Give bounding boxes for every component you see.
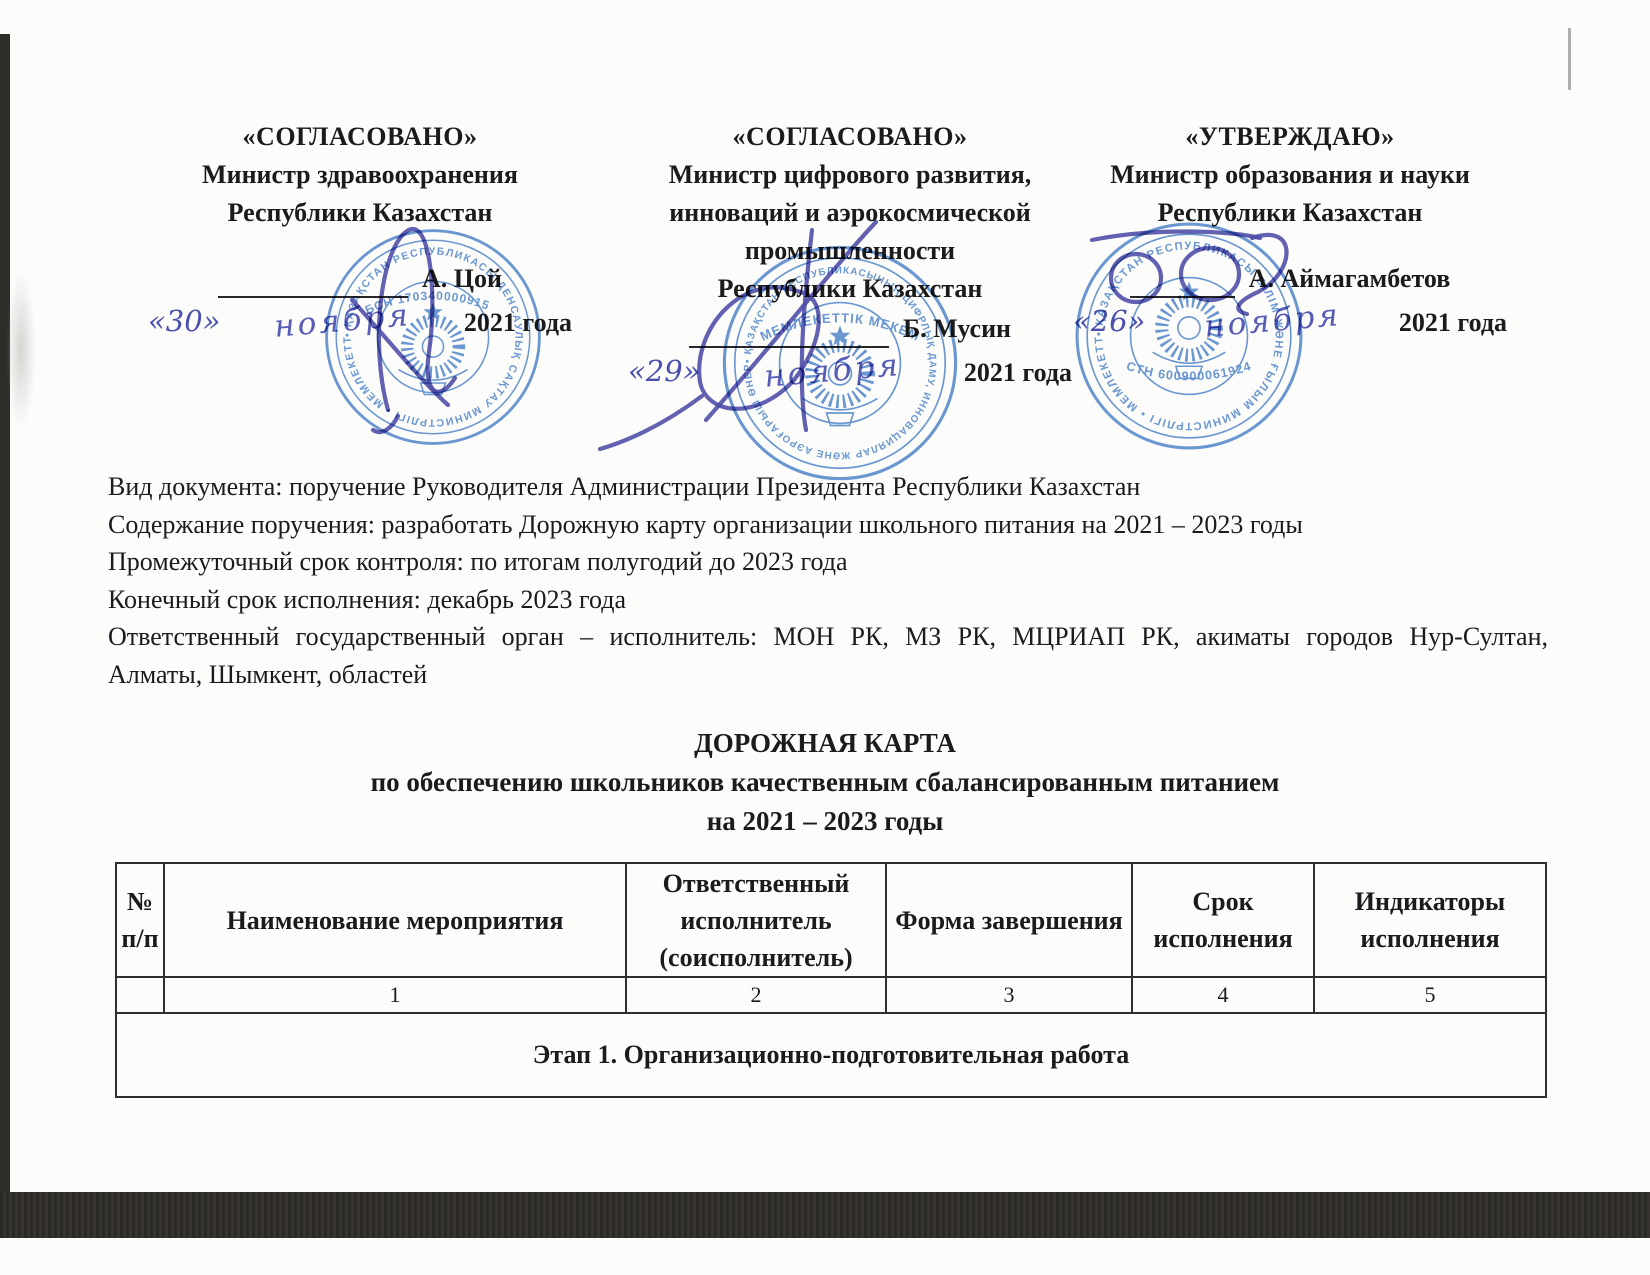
signer-name: Б. Мусин: [903, 310, 1011, 348]
ministry-line: Республики Казахстан: [620, 270, 1080, 308]
scan-edge-bottom: [0, 1192, 1650, 1238]
ministry-line: промышленности: [620, 232, 1080, 270]
handwritten-day: «30»: [148, 302, 220, 340]
date-year: 2021 года: [1399, 304, 1507, 342]
signer-name: А. Цой: [422, 260, 502, 298]
signature-line: [1130, 266, 1235, 298]
column-number-cell: 4: [1133, 978, 1315, 1014]
stage-row: Этап 1. Организационно-подготовительная …: [117, 1014, 1545, 1096]
roadmap-table: № п/п Наименование мероприятия Ответстве…: [115, 862, 1547, 1098]
signature-line: [218, 266, 408, 298]
signature-row: А. Цой: [140, 262, 580, 298]
date-year: 2021 года: [964, 354, 1072, 392]
col-header-completion-form: Форма завершения: [887, 864, 1133, 978]
detail-line: Ответственный государственный орган – ис…: [108, 618, 1548, 656]
title-line-2: по обеспечению школьников качественным с…: [110, 763, 1540, 802]
column-number-cell: 3: [887, 978, 1133, 1014]
col-header-deadline: Срок исполнения: [1133, 864, 1315, 978]
handwritten-month: ноября: [762, 346, 902, 396]
ministry-line: Министр цифрового развития,: [620, 156, 1080, 194]
detail-line: Промежуточный срок контроля: по итогам п…: [108, 543, 1548, 581]
ministry-line: инноваций и аэрокосмической: [620, 194, 1080, 232]
date-row: «30» ноября 2021 года: [140, 302, 580, 346]
date-row: «29» ноября 2021 года: [620, 352, 1080, 396]
scan-edge-left: [0, 34, 10, 1194]
approval-block-digital: «СОГЛАСОВАНО» Министр цифрового развития…: [620, 118, 1080, 396]
handwritten-day: «29»: [628, 352, 700, 390]
detail-line: Алматы, Шымкент, областей: [108, 656, 1548, 694]
title-line-1: ДОРОЖНАЯ КАРТА: [110, 724, 1540, 763]
signature-line: [689, 316, 889, 348]
approval-label: «УТВЕРЖДАЮ»: [1065, 118, 1515, 156]
column-number-cell: 2: [627, 978, 887, 1014]
col-header-executor: Ответственный исполнитель (соисполнитель…: [627, 864, 887, 978]
col-header-activity: Наименование мероприятия: [165, 864, 627, 978]
signature-row: Б. Мусин: [620, 312, 1080, 348]
column-number-cell: 1: [165, 978, 627, 1014]
column-number-cell: [117, 978, 165, 1014]
svg-text:СТН 600900061924: СТН 600900061924: [1125, 359, 1254, 384]
handwritten-day: «26»: [1073, 302, 1145, 340]
approval-label: «СОГЛАСОВАНО»: [140, 118, 580, 156]
date-year: 2021 года: [464, 304, 572, 342]
roadmap-title: ДОРОЖНАЯ КАРТА по обеспечению школьников…: [110, 724, 1540, 841]
signature-row: А. Аймагамбетов: [1065, 262, 1515, 298]
handwritten-month: ноября: [272, 296, 412, 346]
approval-label: «СОГЛАСОВАНО»: [620, 118, 1080, 156]
ministry-line: Республики Казахстан: [140, 194, 580, 232]
signer-name: А. Аймагамбетов: [1249, 260, 1451, 298]
scanned-document-page: «СОГЛАСОВАНО» Министр здравоохранения Ре…: [0, 0, 1650, 1275]
handwritten-month: ноября: [1202, 296, 1342, 346]
scan-artifact-line: [1568, 28, 1571, 90]
column-number-cell: 5: [1315, 978, 1545, 1014]
approval-block-education: «УТВЕРЖДАЮ» Министр образования и науки …: [1065, 118, 1515, 346]
ministry-line: Республики Казахстан: [1065, 194, 1515, 232]
approval-block-health: «СОГЛАСОВАНО» Министр здравоохранения Ре…: [140, 118, 580, 346]
document-details: Вид документа: поручение Руководителя Ад…: [108, 468, 1548, 693]
detail-line: Вид документа: поручение Руководителя Ад…: [108, 468, 1548, 506]
col-header-number: № п/п: [117, 864, 165, 978]
title-line-3: на 2021 – 2023 годы: [110, 802, 1540, 841]
date-row: «26» ноября 2021 года: [1065, 302, 1515, 346]
col-header-indicators: Индикаторы исполнения: [1315, 864, 1545, 978]
detail-line: Содержание поручения: разработать Дорожн…: [108, 506, 1548, 544]
scan-smudge: [6, 270, 36, 430]
ministry-line: Министр образования и науки: [1065, 156, 1515, 194]
ministry-line: Министр здравоохранения: [140, 156, 580, 194]
detail-line: Конечный срок исполнения: декабрь 2023 г…: [108, 581, 1548, 619]
